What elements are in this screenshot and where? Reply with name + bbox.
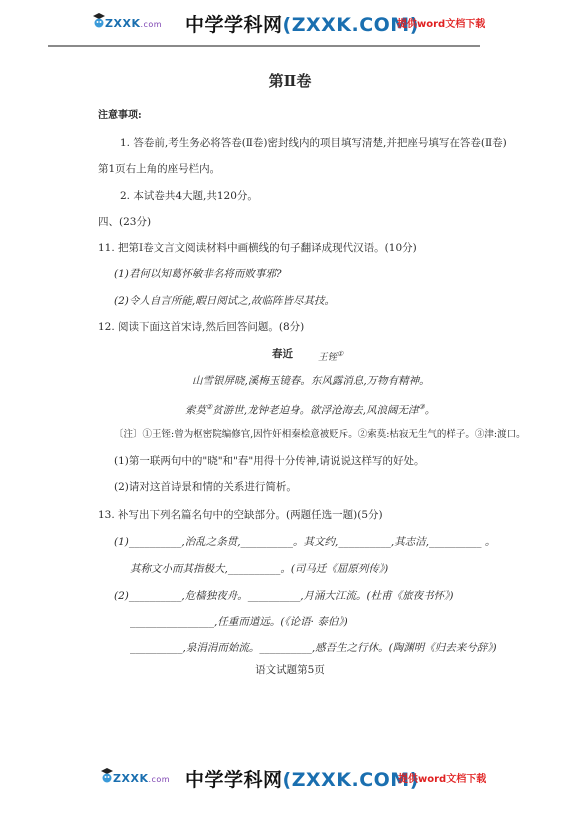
graduation-cap-icon [100,767,114,785]
graduation-cap-icon [92,12,106,30]
zxxk-logo-footer[interactable]: ZXXK.com [98,767,158,787]
download-note[interactable]: 提供word文档下载 [397,15,485,30]
notice-item-2: 2. 本试卷共4大题,共120分。 [120,189,258,203]
q12-prompt: 12. 阅读下面这首宋诗,然后回答问题。(8分) [98,320,304,334]
header-divider [48,45,480,47]
notice-item-1-cont: 第1页右上角的座号栏内。 [98,162,220,176]
q13-line-1: (1)__________,治乱之条贯,__________。其文约,_____… [114,535,495,549]
zxxk-logo[interactable]: ZXXK.com [90,12,150,32]
part-heading: 四、(23分) [98,215,151,229]
site-name-footer[interactable]: 中学学科网(ZXXK.COM) [185,765,419,792]
q12-item-1: (1)第一联两句中的"晓"和"春"用得十分传神,请说说这样写的好处。 [114,454,425,468]
footer-banner: ZXXK.com 中学学科网(ZXXK.COM) 提供word文档下载 [0,763,580,791]
logo-text: ZXXK [113,772,148,785]
q13-line-5: __________,泉涓涓而始流。__________,感吾生之行休。(陶渊明… [130,641,497,655]
q13-line-2: 其称文小而其指极大,__________。(司马迁《屈原列传》) [130,562,388,576]
logo-suffix: .com [148,775,170,784]
page-number: 语文试题第5页 [0,663,580,677]
poem-title: 春近 [272,347,293,361]
q13-prompt: 13. 补写出下列名篇名句中的空缺部分。(两题任选一题)(5分) [98,508,383,522]
section-title: 第Ⅱ卷 [0,74,580,88]
q11-item-2: (2)令人自言所能,暇日阅试之,故临阵皆尽其技。 [114,294,335,308]
notice-heading: 注意事项: [98,109,142,123]
footnote-marker: ① [337,350,343,358]
notice-item-1: 1. 答卷前,考生务必将答卷(Ⅱ卷)密封线内的项目填写清楚,并把座号填写在答卷(… [120,136,507,150]
poem-line-2: 索莫②贫游世,龙钟老迫身。欲浮沧海去,风浪阔无津③。 [185,400,435,418]
logo-suffix: .com [140,20,162,29]
header-banner: ZXXK.com 中学学科网(ZXXK.COM) 提供word文档下载 [0,8,580,36]
poem-line-1: 山雪银屏晓,溪梅玉镜春。东风露消息,万物有精神。 [192,374,430,388]
poem-annotation: 〔注〕①王铚:曾为枢密院编修官,因忤奸相秦桧意被贬斥。②索莫:枯寂无生气的样子。… [114,428,526,442]
site-name[interactable]: 中学学科网(ZXXK.COM) [185,10,419,37]
q12-item-2: (2)请对这首诗景和情的关系进行简析。 [114,480,297,494]
poem-author: 王铚① [318,347,343,365]
q11-prompt: 11. 把第Ⅰ卷文言文阅读材料中画横线的句子翻译成现代汉语。(10分) [98,241,417,255]
q11-item-1: (1)君何以知葛怀敏非名将而败事邪? [114,267,282,281]
download-note-footer[interactable]: 提供word文档下载 [398,770,486,785]
q13-line-3: (2)__________,危樯独夜舟。__________,月涌大江流。(杜甫… [114,589,454,603]
q13-line-4: ________________,任重而道远。(《论语· 泰伯》) [130,615,348,629]
logo-text: ZXXK [105,17,140,30]
